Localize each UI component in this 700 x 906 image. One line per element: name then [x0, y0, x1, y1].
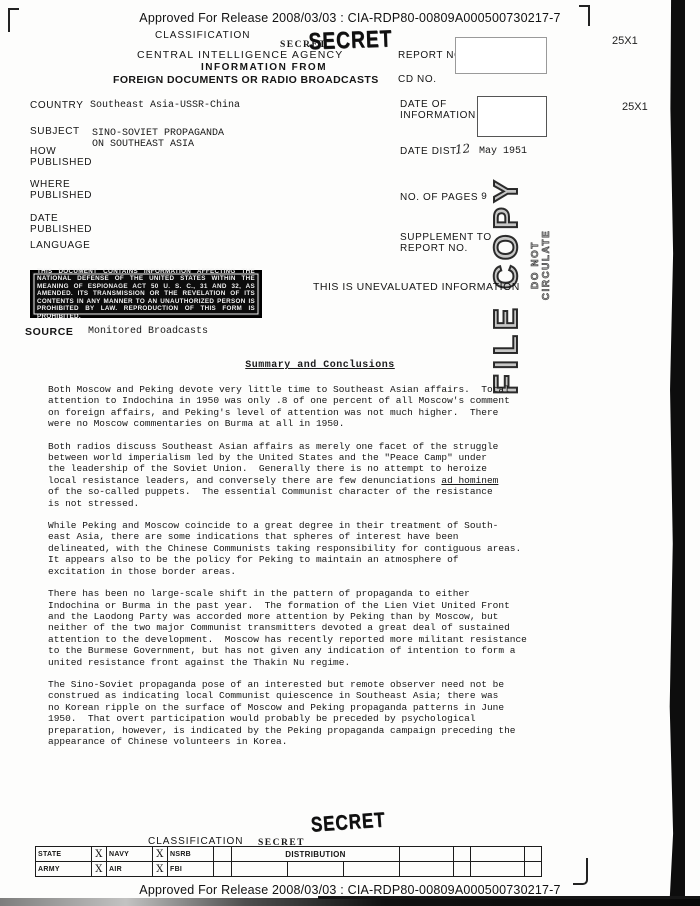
cell-distribution-header: DISTRIBUTION	[232, 847, 400, 862]
espionage-act-warning-box: THIS DOCUMENT CONTAINS INFORMATION AFFEC…	[30, 270, 262, 318]
paragraph-5: The Sino-Soviet propaganda pose of an in…	[48, 679, 578, 747]
distribution-table-row-2: ARMY X AIR X FBI	[36, 862, 542, 877]
scan-bottom-artifact	[0, 898, 700, 906]
cell-nsrb: NSRB	[168, 847, 214, 862]
date-of-information-box	[477, 96, 547, 137]
paragraph-2: Both radios discuss Southeast Asian affa…	[48, 441, 578, 509]
cell-fbi: FBI	[168, 862, 214, 877]
subject-value-line1: SINO-SOVIET PROPAGANDA	[92, 128, 224, 139]
cell-air: AIR	[107, 862, 153, 877]
info-from-line1: INFORMATION FROM	[201, 62, 327, 73]
scanned-cia-document: { "page": { "approved_line": "Approved F…	[0, 0, 700, 906]
scan-edge-artifact	[668, 0, 685, 906]
paragraph-3: While Peking and Moscow coincide to a gr…	[48, 520, 578, 577]
cell-empty	[454, 862, 471, 877]
country-value: Southeast Asia-USSR-China	[90, 100, 240, 111]
cell-empty	[471, 862, 525, 877]
paragraph-2-pre: Both radios discuss Southeast Asian affa…	[48, 441, 498, 486]
cell-state: STATE	[36, 847, 92, 862]
declass-code-2: 25X1	[622, 101, 648, 113]
paragraph-1: Both Moscow and Peking devote very littl…	[48, 384, 578, 430]
country-label: COUNTRY	[30, 100, 83, 111]
source-label: SOURCE	[25, 326, 74, 338]
date-dist-label: DATE DIST.	[400, 146, 459, 157]
subject-value-line2: ON SOUTHEAST ASIA	[92, 139, 194, 150]
cell-empty	[400, 847, 454, 862]
distribution-table: STATE X NAVY X NSRB DISTRIBUTION ARMY X …	[35, 846, 542, 877]
date-of-information-label: DATE OF INFORMATION	[400, 99, 476, 121]
date-dist-value: May 1951	[479, 146, 527, 157]
cd-no-label: CD NO.	[398, 74, 437, 85]
cell-empty	[525, 847, 542, 862]
language-label: LANGUAGE	[30, 240, 90, 251]
cell-army: ARMY	[36, 862, 92, 877]
agency-name: CENTRAL INTELLIGENCE AGENCY	[137, 49, 343, 61]
declass-code-1: 25X1	[612, 35, 638, 47]
secret-stamp-bottom: SECRET	[310, 809, 386, 838]
subject-label: SUBJECT	[30, 126, 80, 137]
cell-fbi-check-empty	[214, 862, 232, 877]
supplement-label: SUPPLEMENT TO REPORT NO.	[400, 232, 492, 254]
no-of-pages-label: NO. OF PAGES	[400, 192, 478, 203]
cell-army-check: X	[92, 862, 107, 877]
espionage-act-warning-text: THIS DOCUMENT CONTAINS INFORMATION AFFEC…	[32, 265, 260, 323]
paragraph-4: There has been no large-scale shift in t…	[48, 588, 578, 668]
source-value: Monitored Broadcasts	[88, 326, 208, 337]
cell-empty	[288, 862, 344, 877]
corner-bracket-bottom-right	[573, 858, 588, 885]
cell-air-check: X	[153, 862, 168, 877]
summary-title-text: Summary and Conclusions	[245, 360, 395, 371]
info-from-line2: FOREIGN DOCUMENTS OR RADIO BROADCASTS	[113, 74, 379, 86]
date-dist-handwritten-day: 12	[454, 141, 471, 157]
approved-release-line-top: Approved For Release 2008/03/03 : CIA-RD…	[0, 11, 700, 25]
cell-empty	[344, 862, 400, 877]
distribution-table-row-1: STATE X NAVY X NSRB DISTRIBUTION	[36, 847, 542, 862]
cell-empty	[232, 862, 288, 877]
cell-empty	[471, 847, 525, 862]
paragraph-2-post: of the so-called puppets. The essential …	[48, 486, 493, 508]
cell-empty	[400, 862, 454, 877]
cell-state-check: X	[92, 847, 107, 862]
report-no-box	[455, 37, 547, 74]
cell-empty	[525, 862, 542, 877]
do-not-circulate-stamp: DO NOT CIRCULATE	[530, 205, 544, 325]
approved-release-line-bottom: Approved For Release 2008/03/03 : CIA-RD…	[0, 883, 700, 897]
where-published-label: WHERE PUBLISHED	[30, 179, 92, 201]
date-published-label: DATE PUBLISHED	[30, 213, 92, 235]
cell-navy-check: X	[153, 847, 168, 862]
classification-label: CLASSIFICATION	[155, 30, 251, 41]
cell-empty	[454, 847, 471, 862]
cell-nsrb-check-empty	[214, 847, 232, 862]
how-published-label: HOW PUBLISHED	[30, 146, 92, 168]
document-body: Both Moscow and Peking devote very littl…	[48, 384, 578, 758]
cell-navy: NAVY	[107, 847, 153, 862]
summary-title: Summary and Conclusions	[0, 354, 640, 372]
paragraph-2-underlined-phrase: ad hominem	[441, 475, 498, 486]
